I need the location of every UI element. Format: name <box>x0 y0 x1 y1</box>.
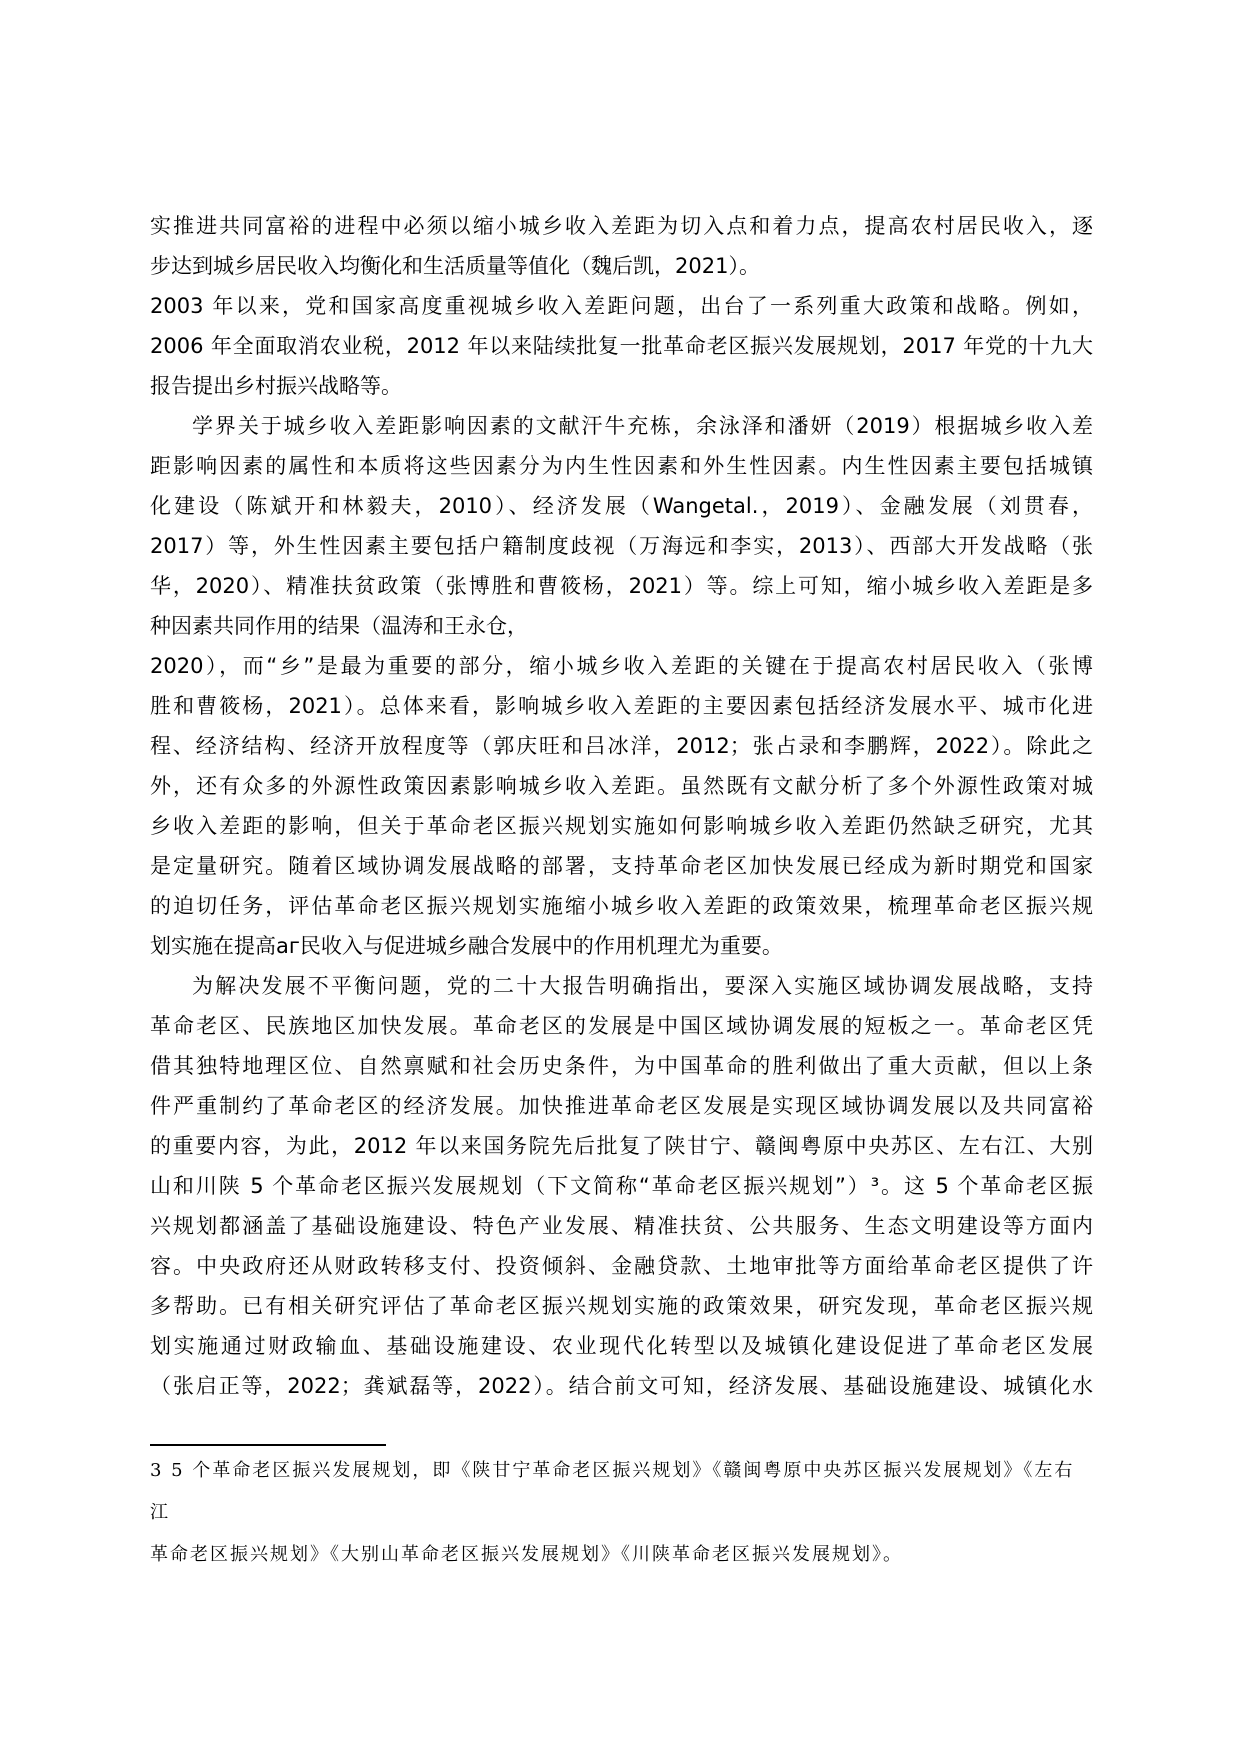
body-text-line: 兴规划都涵盖了基础设施建设、特色产业发展、精准扶贫、公共服务、生态文明建设等方面… <box>150 1206 1093 1246</box>
footnote-block: 3 5 个革命老区振兴发展规划，即《陕甘宁革命老区振兴规划》《赣闽粤原中央苏区振… <box>150 1450 1093 1576</box>
body-text-line: （张启正等，2022；龚斌磊等，2022）。结合前文可知，经济发展、基础设施建设… <box>150 1366 1093 1406</box>
body-text-line: 报告提出乡村振兴战略等。 <box>150 366 1093 406</box>
body-text-line: 2017）等，外生性因素主要包括户籍制度歧视（万海远和李实，2013）、西部大开… <box>150 526 1093 566</box>
footnote-line: 3 5 个革命老区振兴发展规划，即《陕甘宁革命老区振兴规划》《赣闽粤原中央苏区振… <box>150 1450 1093 1534</box>
footnote-line: 革命老区振兴规划》《大别山革命老区振兴发展规划》《川陕革命老区振兴发展规划》。 <box>150 1534 1093 1576</box>
body-text-line: 为解决发展不平衡问题，党的二十大报告明确指出，要深入实施区域协调发展战略，支持 <box>150 966 1093 1006</box>
body-text-line: 距影响因素的属性和本质将这些因素分为内生性因素和外生性因素。内生性因素主要包括城… <box>150 446 1093 486</box>
body-text-block: 实推进共同富裕的进程中必须以缩小城乡收入差距为切入点和着力点，提高农村居民收入，… <box>150 206 1093 1406</box>
body-text-line: 的重要内容，为此，2012 年以来国务院先后批复了陕甘宁、赣闽粤原中央苏区、左右… <box>150 1126 1093 1166</box>
body-text-line: 山和川陕 5 个革命老区振兴发展规划（下文简称“革命老区振兴规划”）³。这 5 … <box>150 1166 1093 1206</box>
body-text-line: 外，还有众多的外源性政策因素影响城乡收入差距。虽然既有文献分析了多个外源性政策对… <box>150 766 1093 806</box>
body-text-line: 2020），而“乡”是最为重要的部分，缩小城乡收入差距的关键在于提高农村居民收入… <box>150 646 1093 686</box>
body-text-line: 件严重制约了革命老区的经济发展。加快推进革命老区发展是实现区域协调发展以及共同富… <box>150 1086 1093 1126</box>
body-text-line: 容。中央政府还从财政转移支付、投资倾斜、金融贷款、土地审批等方面给革命老区提供了… <box>150 1246 1093 1286</box>
document-page: 实推进共同富裕的进程中必须以缩小城乡收入差距为切入点和着力点，提高农村居民收入，… <box>0 0 1240 1754</box>
footnote-separator-rule <box>150 1444 386 1446</box>
body-text-line: 化建设（陈斌开和林毅夫，2010）、经济发展（Wangetal.，2019）、金… <box>150 486 1093 526</box>
body-text-line: 步达到城乡居民收入均衡化和生活质量等值化（魏后凯，2021）。 <box>150 246 1093 286</box>
body-text-line: 多帮助。已有相关研究评估了革命老区振兴规划实施的政策效果，研究发现，革命老区振兴… <box>150 1286 1093 1326</box>
body-text-line: 是定量研究。随着区域协调发展战略的部署，支持革命老区加快发展已经成为新时期党和国… <box>150 846 1093 886</box>
body-text-line: 2003 年以来，党和国家高度重视城乡收入差距问题，出台了一系列重大政策和战略。… <box>150 286 1093 326</box>
body-text-line: 实推进共同富裕的进程中必须以缩小城乡收入差距为切入点和着力点，提高农村居民收入，… <box>150 206 1093 246</box>
body-text-line: 胜和曹筱杨，2021）。总体来看，影响城乡收入差距的主要因素包括经济发展水平、城… <box>150 686 1093 726</box>
body-text-line: 种因素共同作用的结果（温涛和王永仓， <box>150 606 1093 646</box>
body-text-line: 程、经济结构、经济开放程度等（郭庆旺和吕冰洋，2012；张占录和李鹏辉，2022… <box>150 726 1093 766</box>
body-text-line: 借其独特地理区位、自然禀赋和社会历史条件，为中国革命的胜利做出了重大贡献，但以上… <box>150 1046 1093 1086</box>
body-text-line: 乡收入差距的影响，但关于革命老区振兴规划实施如何影响城乡收入差距仍然缺乏研究，尤… <box>150 806 1093 846</box>
body-text-line: 学界关于城乡收入差距影响因素的文献汗牛充栋，余泳泽和潘妍（2019）根据城乡收入… <box>150 406 1093 446</box>
body-text-line: 2006 年全面取消农业税，2012 年以来陆续批复一批革命老区振兴发展规划，2… <box>150 326 1093 366</box>
body-text-line: 划实施在提高аг民收入与促进城乡融合发展中的作用机理尤为重要。 <box>150 926 1093 966</box>
body-text-line: 的迫切任务，评估革命老区振兴规划实施缩小城乡收入差距的政策效果，梳理革命老区振兴… <box>150 886 1093 926</box>
body-text-line: 华，2020）、精准扶贫政策（张博胜和曹筱杨，2021）等。综上可知，缩小城乡收… <box>150 566 1093 606</box>
body-text-line: 革命老区、民族地区加快发展。革命老区的发展是中国区域协调发展的短板之一。革命老区… <box>150 1006 1093 1046</box>
body-text-line: 划实施通过财政输血、基础设施建设、农业现代化转型以及城镇化建设促进了革命老区发展 <box>150 1326 1093 1366</box>
